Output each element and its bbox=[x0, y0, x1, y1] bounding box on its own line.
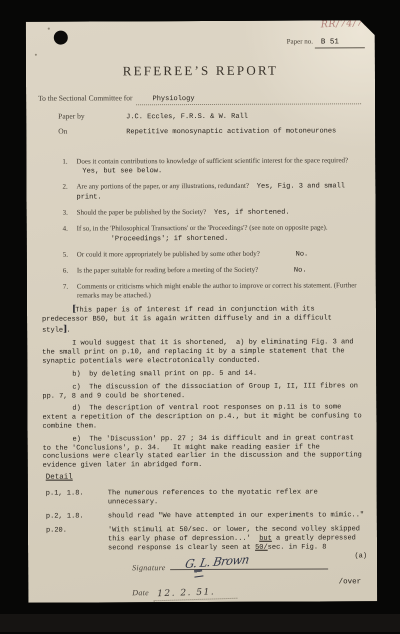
remark-paragraph-d: d) The description of ventral root respo… bbox=[42, 404, 363, 432]
document-page: RR/74/70 Paper no. B 51 REFEREE’S REPORT… bbox=[26, 20, 378, 603]
question-text: Is the paper suitable for reading before… bbox=[77, 266, 258, 275]
paper-by-label: Paper by bbox=[58, 111, 126, 120]
detail-heading: Detail bbox=[46, 474, 73, 484]
paper-number-value: B 51 bbox=[315, 38, 365, 48]
question-text: Are any portions of the paper, or any il… bbox=[76, 182, 249, 191]
question-answer: No. bbox=[296, 250, 309, 258]
question-number: 2. bbox=[62, 183, 67, 192]
date-row: Date12. 2. 51. bbox=[132, 581, 347, 600]
signature-block: SignatureG. L. Brown Date12. 2. 51. bbox=[132, 554, 347, 600]
paper-number: Paper no. B 51 bbox=[287, 37, 365, 46]
question-answer: No. bbox=[294, 266, 307, 274]
signature-row: SignatureG. L. Brown bbox=[132, 554, 347, 573]
paper-by-value: J.C. Eccles, F.R.S. & W. Rall bbox=[126, 113, 248, 122]
over-note: /over bbox=[339, 578, 362, 586]
scanner-mat bbox=[0, 614, 400, 632]
detail-item: p.2, 1.8. should read "We have attempted… bbox=[46, 511, 367, 521]
signature-line: G. L. Brown bbox=[170, 554, 328, 570]
remark-paragraph-c: c) The discussion of the dissociation of… bbox=[42, 382, 363, 401]
committee-value: Physiology bbox=[153, 95, 195, 103]
question-number: 5. bbox=[63, 250, 68, 259]
detail-text: should read "We have attempted in our ex… bbox=[108, 511, 367, 521]
paper-by-row: Paper by J.C. Eccles, F.R.S. & W. Rall bbox=[38, 110, 361, 121]
underlined-word: but bbox=[259, 535, 272, 543]
question-text: Should the paper be published by the Soc… bbox=[77, 208, 207, 217]
signature-label: Signature bbox=[132, 563, 166, 572]
archive-reference-stamp: RR/74/70 bbox=[321, 17, 370, 30]
detail-page-ref: p.2, 1.8. bbox=[46, 512, 100, 521]
detail-page-ref: p.1, 1.8. bbox=[46, 489, 100, 507]
question-3: 3. Should the paper be published by the … bbox=[63, 208, 364, 219]
question-text: Does it contain contributions to knowled… bbox=[76, 156, 348, 165]
question-6: 6. Is the paper suitable for reading bef… bbox=[63, 265, 364, 276]
remark-paragraph-e: e) The 'Discussion' pp. 27 ; 34 is diffi… bbox=[43, 434, 364, 471]
scan-background: RR/74/70 Paper no. B 51 REFEREE’S REPORT… bbox=[0, 0, 400, 634]
question-number: 1. bbox=[62, 158, 67, 167]
on-value: Repetitive monosynaptic activation of mo… bbox=[126, 127, 336, 136]
committee-label: To the Sectional Committee for bbox=[38, 93, 132, 102]
question-list: 1. Does it contain contributions to know… bbox=[62, 156, 364, 306]
date-label: Date bbox=[132, 588, 149, 597]
question-number: 6. bbox=[63, 266, 68, 275]
question-number: 7. bbox=[63, 282, 68, 291]
question-text: Or could it more appropriately be publis… bbox=[77, 249, 260, 258]
question-answer: 'Proceedings'; if shortened. bbox=[111, 234, 364, 244]
date-handwriting: 12. 2. 51. bbox=[153, 587, 237, 602]
remark-paragraph-b: b) by deleting small print on pp. 5 and … bbox=[42, 369, 363, 379]
referee-remarks: [This paper is of interest if read in co… bbox=[42, 303, 364, 474]
question-4: 4. If so, in the 'Philosophical Transact… bbox=[63, 224, 364, 245]
detail-text-tail: sec. in Fig. 8 bbox=[268, 544, 327, 552]
question-7: 7. Comments or criticisms which might en… bbox=[63, 281, 364, 301]
underlined-word: 50/ bbox=[255, 544, 268, 552]
signature-handwriting: G. L. Brown bbox=[184, 552, 250, 571]
paper-speck bbox=[48, 28, 50, 30]
question-2: 2. Are any portions of the paper, or any… bbox=[62, 181, 363, 203]
comment-text: This paper is of interest if read in con… bbox=[42, 305, 336, 334]
detail-text: The numerous references to the myotatic … bbox=[108, 488, 367, 507]
question-answer: Yes, but see below. bbox=[82, 167, 162, 175]
detail-item: p.1, 1.8. The numerous references to the… bbox=[46, 488, 367, 508]
remark-paragraph-a: I would suggest that it is shortened, a)… bbox=[42, 339, 363, 367]
question-5: 5. Or could it more appropriately be pub… bbox=[63, 249, 364, 260]
punch-hole bbox=[54, 31, 68, 45]
page-title: REFEREE’S REPORT bbox=[26, 62, 375, 80]
question-number: 4. bbox=[63, 225, 68, 234]
question-number: 3. bbox=[63, 209, 68, 218]
question-text: If so, in the 'Philosophical Transaction… bbox=[77, 224, 328, 233]
signature-flourish bbox=[194, 571, 204, 577]
detail-page-ref: p.20. bbox=[46, 526, 100, 563]
comment-period: . bbox=[66, 327, 70, 335]
paper-number-label: Paper no. bbox=[287, 38, 313, 46]
bracketed-comment: [This paper is of interest if read in co… bbox=[42, 303, 363, 336]
committee-row: To the Sectional Committee for Physiolog… bbox=[38, 92, 361, 105]
on-label: On bbox=[58, 126, 126, 135]
question-1: 1. Does it contain contributions to know… bbox=[62, 156, 363, 177]
question-answer: Yes, if shortened. bbox=[214, 209, 290, 217]
on-row: On Repetitive monosynaptic activation of… bbox=[38, 125, 361, 136]
paper-speck bbox=[35, 54, 37, 56]
question-text: Comments or criticisms which might enabl… bbox=[77, 281, 357, 299]
committee-underline: Physiology bbox=[137, 92, 362, 105]
form-header: To the Sectional Committee for Physiolog… bbox=[38, 92, 361, 140]
